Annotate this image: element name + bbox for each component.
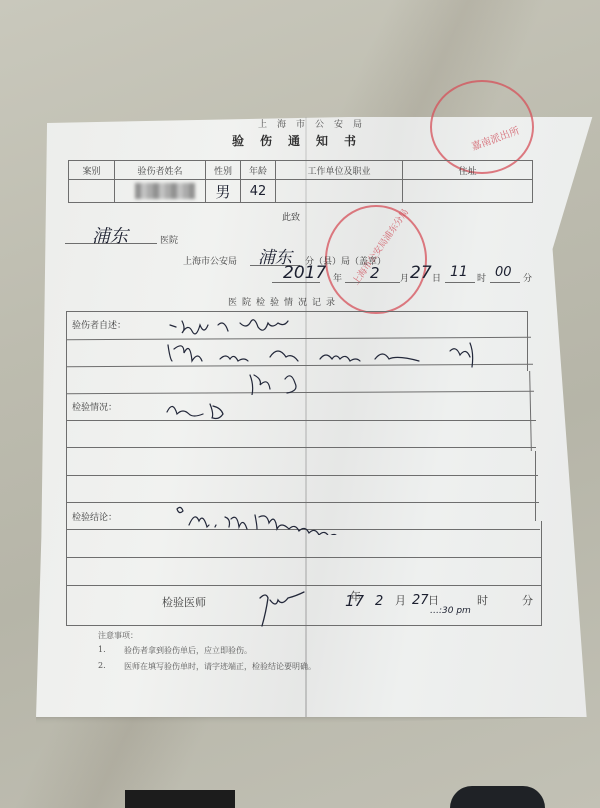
document-title: 验伤通知书	[232, 132, 372, 149]
background-object	[450, 786, 545, 808]
background-object	[125, 790, 235, 808]
issuer-prefix: 上海市公安局	[183, 254, 237, 267]
hospital-suffix: 医院	[160, 233, 178, 246]
note-2-number: 2.	[98, 661, 106, 670]
conclusion-handwriting	[175, 505, 435, 535]
doctor-minute-label: 分	[522, 592, 533, 608]
month-underline	[345, 282, 400, 283]
record-table-right-border	[541, 521, 542, 626]
doctor-year-label: 年	[350, 588, 361, 604]
note-2-text: 医师在填写验伤单时，请字迹端正，检验结论要明确。	[124, 661, 316, 672]
conclusion-label: 检验结论：	[72, 510, 117, 523]
examination-label: 检验情况：	[72, 400, 117, 413]
header-gender: 性别	[206, 161, 241, 180]
self-statement-handwriting	[160, 315, 540, 395]
doctor-day: 27	[412, 593, 429, 608]
note-1-text: 验伤者拿到验伤单后，应立即验伤。	[124, 645, 252, 656]
notes-title: 注意事项：	[98, 630, 138, 641]
record-row-line	[66, 502, 539, 503]
header-address: 住址	[403, 161, 533, 180]
record-table-right-border	[535, 451, 536, 521]
hour-label: 时	[477, 271, 486, 284]
self-statement-label: 验伤者自述：	[72, 318, 126, 331]
redacted-name	[135, 183, 195, 199]
issue-month: 2	[370, 264, 380, 282]
record-row-line	[66, 447, 536, 448]
header-employer: 工作单位及职业	[276, 161, 403, 180]
header-case-type: 案别	[69, 161, 115, 180]
note-1-number: 1.	[98, 645, 106, 654]
record-row-line	[66, 420, 536, 421]
examination-handwriting	[165, 400, 245, 420]
month-label: 月	[400, 271, 409, 284]
hour-underline	[445, 282, 475, 283]
cell-case-type	[69, 180, 115, 203]
cell-employer	[276, 180, 403, 203]
record-row-line	[66, 475, 538, 476]
doctor-hour-label: 时	[477, 592, 488, 608]
day-label: 日	[432, 271, 441, 284]
issue-minute: 00	[495, 265, 512, 280]
year-label: 年	[333, 271, 342, 284]
record-row-line	[66, 311, 528, 312]
record-row-line	[66, 585, 542, 586]
doctor-month-label: 月	[395, 592, 406, 608]
minute-label: 分	[523, 271, 532, 284]
header-name: 验伤者姓名	[115, 161, 206, 180]
record-row-line	[66, 557, 541, 558]
issue-day: 27	[410, 263, 432, 283]
addressee-prefix: 此致	[282, 210, 300, 223]
issue-hour: 11	[450, 264, 468, 280]
cell-address	[403, 180, 533, 203]
issue-year: 2017	[283, 263, 326, 283]
org-header: 上海市公安局	[258, 117, 372, 130]
minute-underline	[490, 282, 520, 283]
cell-gender: 男	[206, 180, 241, 203]
record-table-left-border	[66, 311, 67, 626]
record-section-title: 医院检验情况记录	[228, 295, 340, 308]
header-age: 年龄	[241, 161, 276, 180]
cell-age: 42	[241, 180, 276, 203]
doctor-label: 检验医师	[162, 594, 206, 610]
hospital-name-handwritten: 浦东	[92, 222, 128, 248]
doctor-time-note: …:30 pm	[430, 606, 471, 616]
doctor-month: 2	[375, 594, 383, 609]
